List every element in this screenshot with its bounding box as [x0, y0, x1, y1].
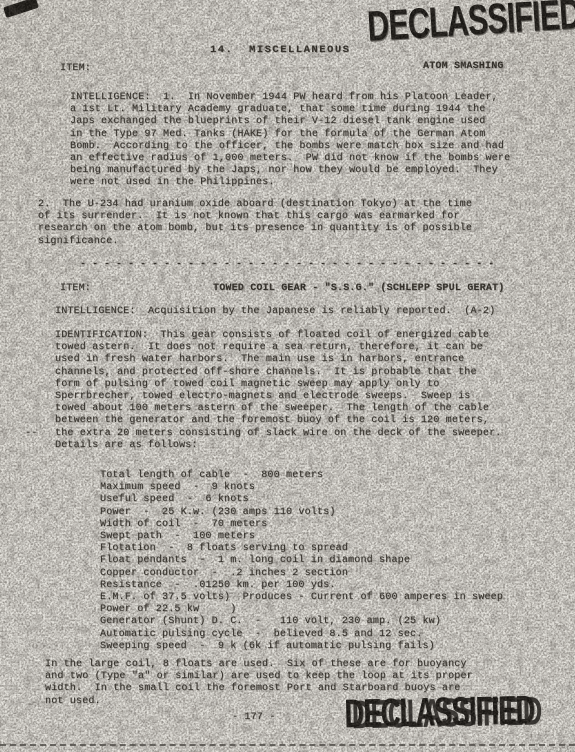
- spec-list: Total length of cable - 800 meters Maxim…: [100, 470, 503, 653]
- uranium-paragraph: 2. The U-234 had uranium oxide aboard (d…: [38, 199, 472, 248]
- margin-dash-mark: --: [25, 428, 37, 440]
- declassified-stamp-bottom: DECLASSIFIED: [344, 688, 535, 738]
- item-label-atom: ITEM:: [60, 63, 91, 75]
- item-label-ssg: ITEM:: [60, 283, 91, 295]
- item-title-ssg: TOWED COIL GEAR - "S.S.G." (SCHLEPP SPUL…: [213, 283, 504, 295]
- intelligence-line-ssg: INTELLIGENCE: Acquisition by the Japanes…: [55, 306, 495, 318]
- intelligence-paragraph-atom: INTELLIGENCE: 1. In November 1944 PW hea…: [70, 92, 510, 190]
- fold-line: [0, 744, 575, 746]
- corner-ink-mark: [3, 0, 39, 18]
- page-number: - 177 -: [232, 712, 275, 724]
- identification-paragraph: IDENTIFICATION: This gear consists of fl…: [55, 330, 501, 452]
- section-heading: 14. MISCELLANEOUS: [210, 44, 350, 56]
- document-page: DECLASSIFIED 14. MISCELLANEOUS ITEM: ATO…: [0, 0, 575, 752]
- declassified-stamp-top: DECLASSIFIED: [366, 0, 575, 52]
- dashed-separator: - - - - - - - - - - - - - - - - - - - - …: [80, 259, 494, 271]
- item-title-atom: ATOM SMASHING: [423, 61, 504, 73]
